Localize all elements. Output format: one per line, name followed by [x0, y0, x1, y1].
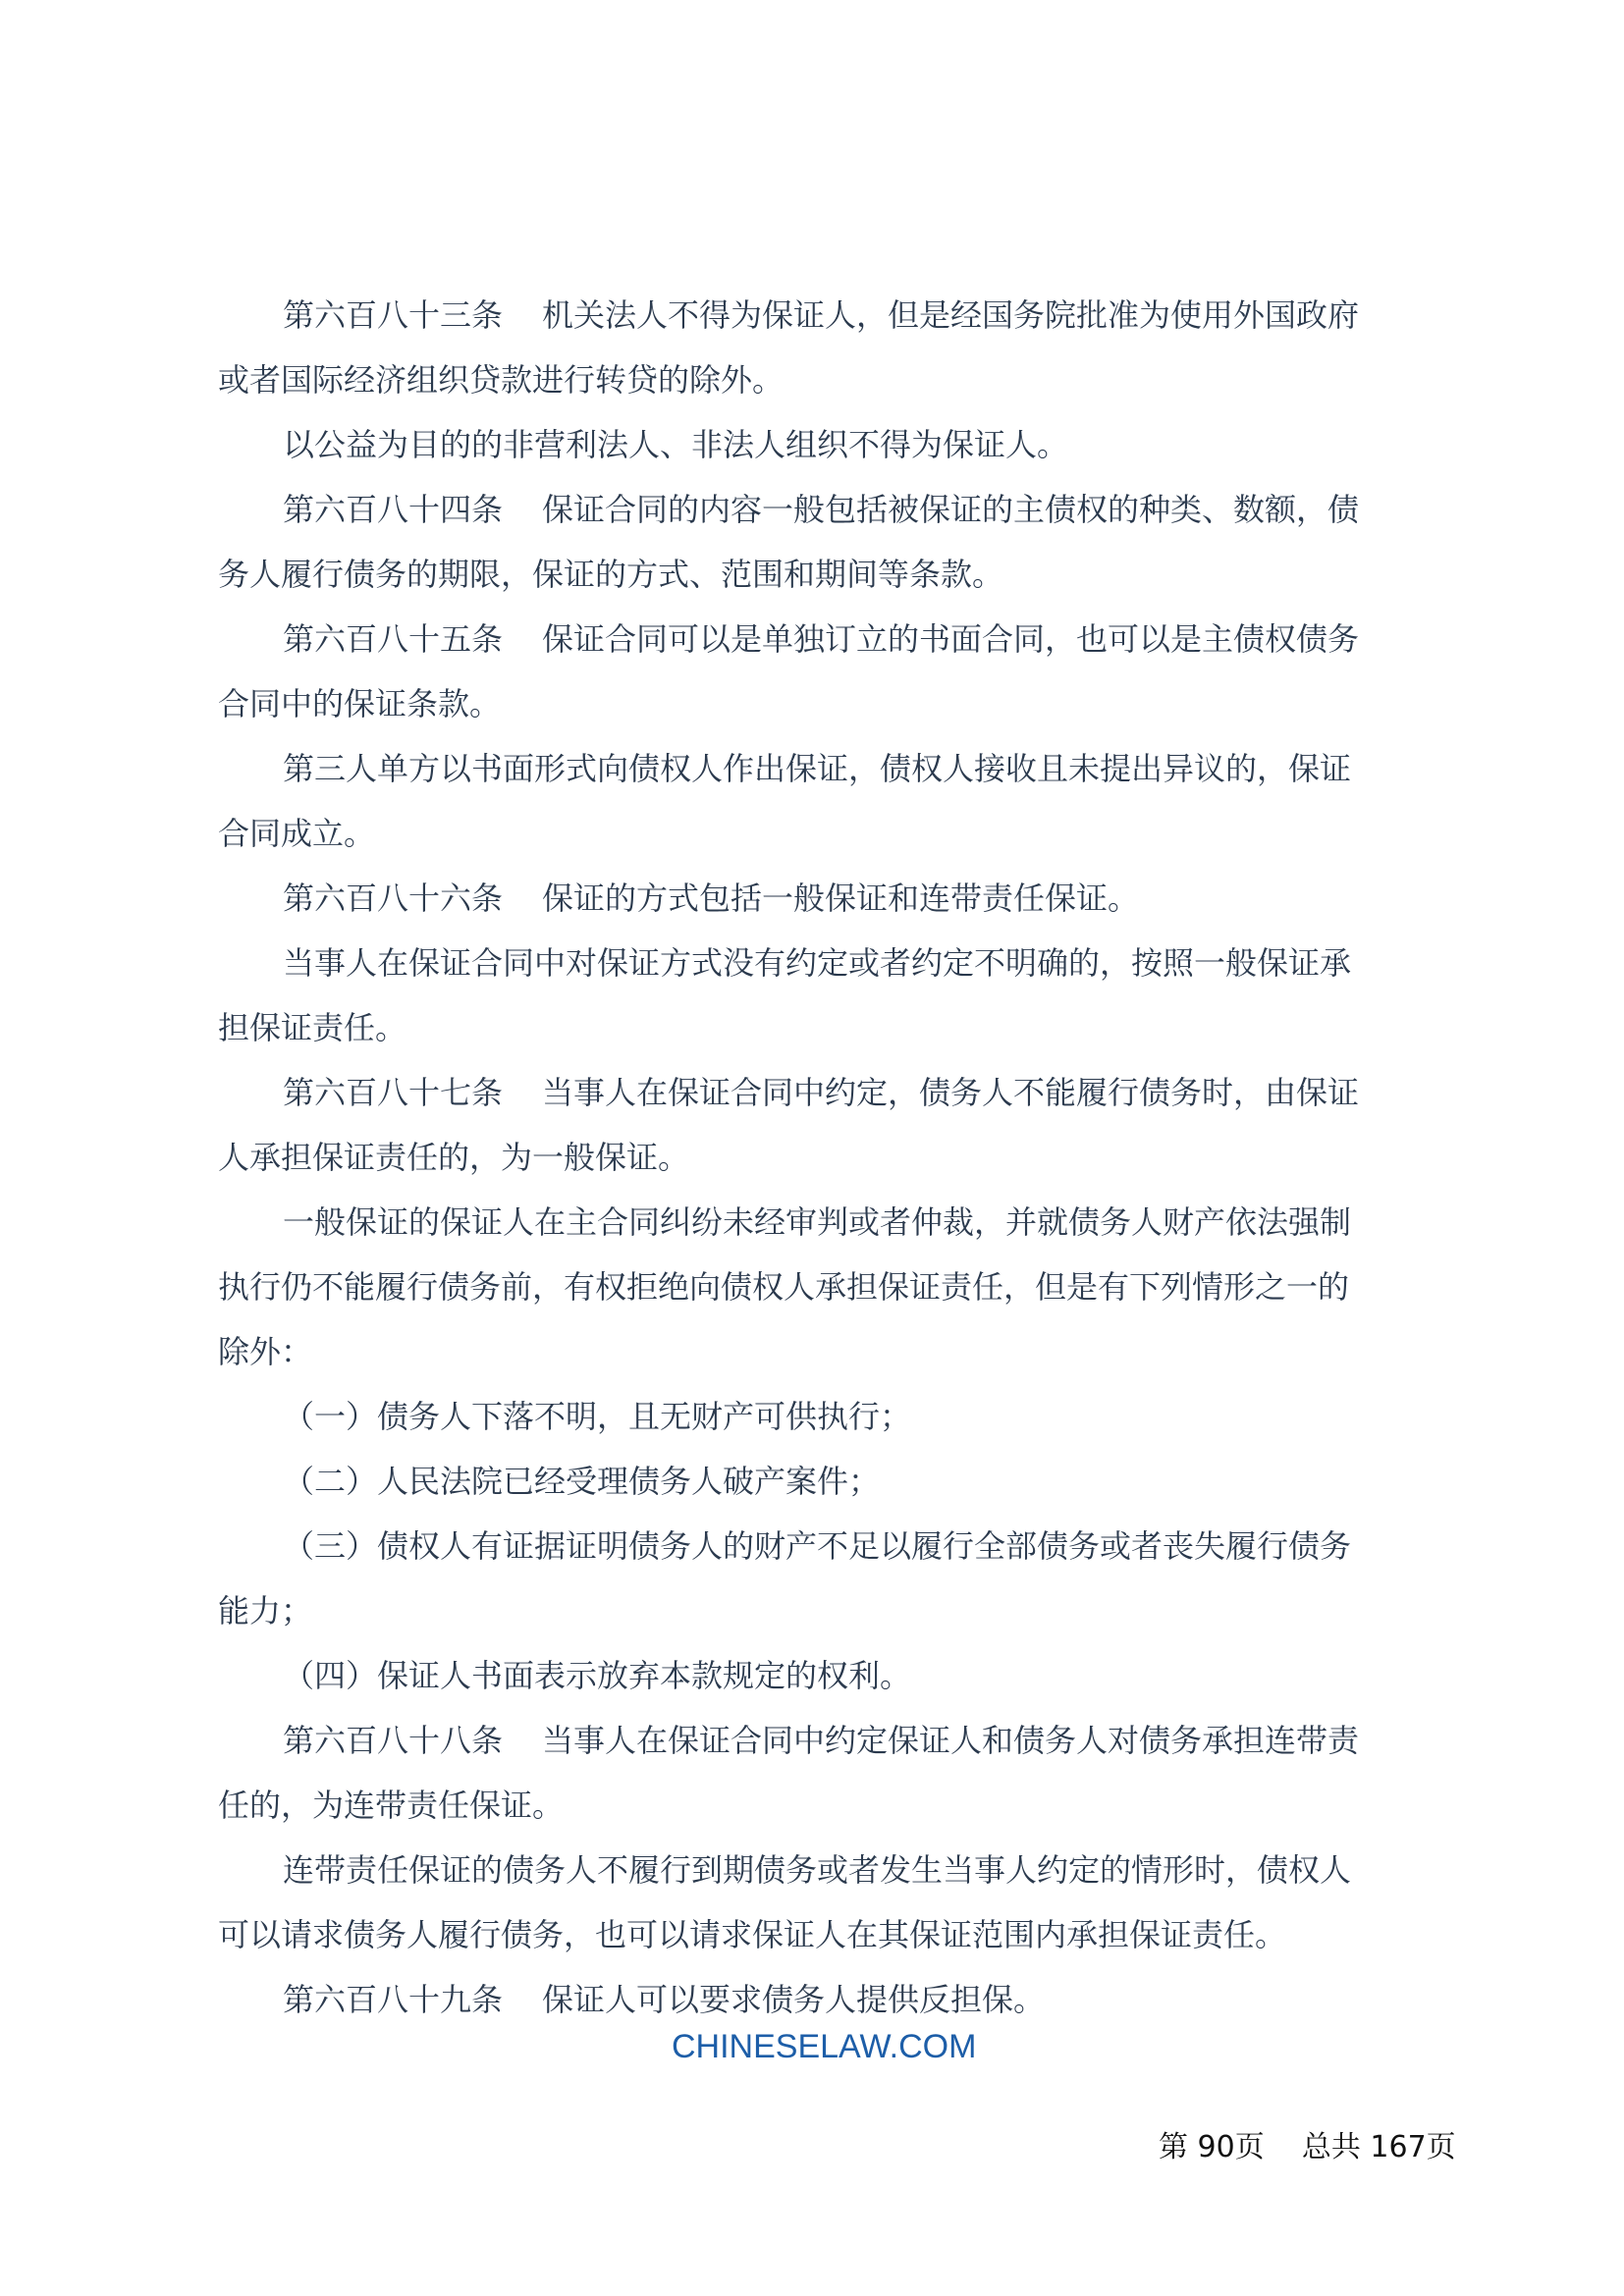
paragraph: 连带责任保证的债务人不履行到期债务或者发生当事人约定的情形时，债权人 可以请求债… [218, 1838, 1411, 1967]
text-line: 第六百八十八条当事人在保证合同中约定保证人和债务人对债务承担连带责 [218, 1708, 1411, 1773]
total-pages-label: 总共 167页 [1302, 2130, 1456, 2164]
article-684: 第六百八十四条保证合同的内容一般包括被保证的主债权的种类、数额，债 务人履行债务… [218, 477, 1411, 607]
text-line: 可以请求债务人履行债务，也可以请求保证人在其保证范围内承担保证责任。 [218, 1902, 1411, 1967]
list-item-3: （三）债权人有证据证明债务人的财产不足以履行全部债务或者丧失履行债务 能力； [218, 1514, 1411, 1643]
footer-spacer [1273, 2130, 1292, 2164]
text-line: 合同中的保证条款。 [218, 671, 1411, 736]
article-text: 机关法人不得为保证人，但是经国务院批准为使用外国政府 [542, 296, 1359, 334]
article-number: 第六百八十九条 [283, 1981, 503, 2018]
document-body: 第六百八十三条机关法人不得为保证人，但是经国务院批准为使用外国政府 或者国际经济… [218, 283, 1411, 2032]
article-number: 第六百八十八条 [283, 1722, 503, 1759]
text-line: 第六百八十五条保证合同可以是单独订立的书面合同，也可以是主债权债务 [218, 607, 1411, 671]
text-line: （四）保证人书面表示放弃本款规定的权利。 [218, 1643, 1411, 1708]
text-line: 人承担保证责任的，为一般保证。 [218, 1125, 1411, 1190]
text-line: 以公益为目的的非营利法人、非法人组织不得为保证人。 [218, 412, 1411, 477]
article-689: 第六百八十九条保证人可以要求债务人提供反担保。 [218, 1967, 1411, 2032]
article-685: 第六百八十五条保证合同可以是单独订立的书面合同，也可以是主债权债务 合同中的保证… [218, 607, 1411, 736]
article-687: 第六百八十七条当事人在保证合同中约定，债务人不能履行债务时，由保证 人承担保证责… [218, 1060, 1411, 1190]
text-line: （一）债务人下落不明，且无财产可供执行； [218, 1384, 1411, 1449]
list-item-4: （四）保证人书面表示放弃本款规定的权利。 [218, 1643, 1411, 1708]
text-line: 第三人单方以书面形式向债权人作出保证，债权人接收且未提出异议的，保证 [218, 736, 1411, 801]
text-line: 执行仍不能履行债务前，有权拒绝向债权人承担保证责任，但是有下列情形之一的 [218, 1255, 1411, 1319]
text-line: 任的，为连带责任保证。 [218, 1773, 1411, 1838]
text-line: 第六百八十四条保证合同的内容一般包括被保证的主债权的种类、数额，债 [218, 477, 1411, 542]
article-688: 第六百八十八条当事人在保证合同中约定保证人和债务人对债务承担连带责 任的，为连带… [218, 1708, 1411, 1838]
text-line: 除外： [218, 1319, 1411, 1384]
text-line: 当事人在保证合同中对保证方式没有约定或者约定不明确的，按照一般保证承 [218, 931, 1411, 995]
site-watermark: CHINESELAW.COM [672, 2028, 976, 2066]
paragraph: 以公益为目的的非营利法人、非法人组织不得为保证人。 [218, 412, 1411, 477]
text-line: 担保证责任。 [218, 995, 1411, 1060]
article-683: 第六百八十三条机关法人不得为保证人，但是经国务院批准为使用外国政府 或者国际经济… [218, 283, 1411, 412]
paragraph: 当事人在保证合同中对保证方式没有约定或者约定不明确的，按照一般保证承 担保证责任… [218, 931, 1411, 1060]
article-text: 当事人在保证合同中约定保证人和债务人对债务承担连带责 [542, 1722, 1359, 1759]
text-line: 务人履行债务的期限，保证的方式、范围和期间等条款。 [218, 542, 1411, 607]
text-line: 或者国际经济组织贷款进行转贷的除外。 [218, 347, 1411, 412]
article-number: 第六百八十六条 [283, 880, 503, 917]
text-line: 第六百八十七条当事人在保证合同中约定，债务人不能履行债务时，由保证 [218, 1060, 1411, 1125]
current-page-label: 第 90页 [1159, 2130, 1265, 2164]
list-item-2: （二）人民法院已经受理债务人破产案件； [218, 1449, 1411, 1514]
paragraph: 第三人单方以书面形式向债权人作出保证，债权人接收且未提出异议的，保证 合同成立。 [218, 736, 1411, 866]
text-line: 第六百八十九条保证人可以要求债务人提供反担保。 [218, 1967, 1411, 2032]
article-text: 保证的方式包括一般保证和连带责任保证。 [542, 880, 1139, 917]
text-line: 合同成立。 [218, 801, 1411, 866]
text-line: （三）债权人有证据证明债务人的财产不足以履行全部债务或者丧失履行债务 [218, 1514, 1411, 1578]
article-number: 第六百八十五条 [283, 620, 503, 658]
text-line: 一般保证的保证人在主合同纠纷未经审判或者仲裁，并就债务人财产依法强制 [218, 1190, 1411, 1255]
article-number: 第六百八十七条 [283, 1074, 503, 1111]
article-686: 第六百八十六条保证的方式包括一般保证和连带责任保证。 [218, 866, 1411, 931]
text-line: 第六百八十三条机关法人不得为保证人，但是经国务院批准为使用外国政府 [218, 283, 1411, 347]
document-page: 第六百八十三条机关法人不得为保证人，但是经国务院批准为使用外国政府 或者国际经济… [0, 0, 1624, 2296]
article-text: 保证合同的内容一般包括被保证的主债权的种类、数额，债 [542, 491, 1359, 528]
paragraph: 一般保证的保证人在主合同纠纷未经审判或者仲裁，并就债务人财产依法强制 执行仍不能… [218, 1190, 1411, 1384]
article-text: 当事人在保证合同中约定，债务人不能履行债务时，由保证 [542, 1074, 1359, 1111]
article-text: 保证合同可以是单独订立的书面合同，也可以是主债权债务 [542, 620, 1359, 658]
text-line: 能力； [218, 1578, 1411, 1643]
article-number: 第六百八十四条 [283, 491, 503, 528]
text-line: （二）人民法院已经受理债务人破产案件； [218, 1449, 1411, 1514]
list-item-1: （一）债务人下落不明，且无财产可供执行； [218, 1384, 1411, 1449]
article-number: 第六百八十三条 [283, 296, 503, 334]
text-line: 第六百八十六条保证的方式包括一般保证和连带责任保证。 [218, 866, 1411, 931]
page-number-footer: 第 90页 总共 167页 [1159, 2122, 1456, 2165]
text-line: 连带责任保证的债务人不履行到期债务或者发生当事人约定的情形时，债权人 [218, 1838, 1411, 1902]
article-text: 保证人可以要求债务人提供反担保。 [542, 1981, 1045, 2018]
